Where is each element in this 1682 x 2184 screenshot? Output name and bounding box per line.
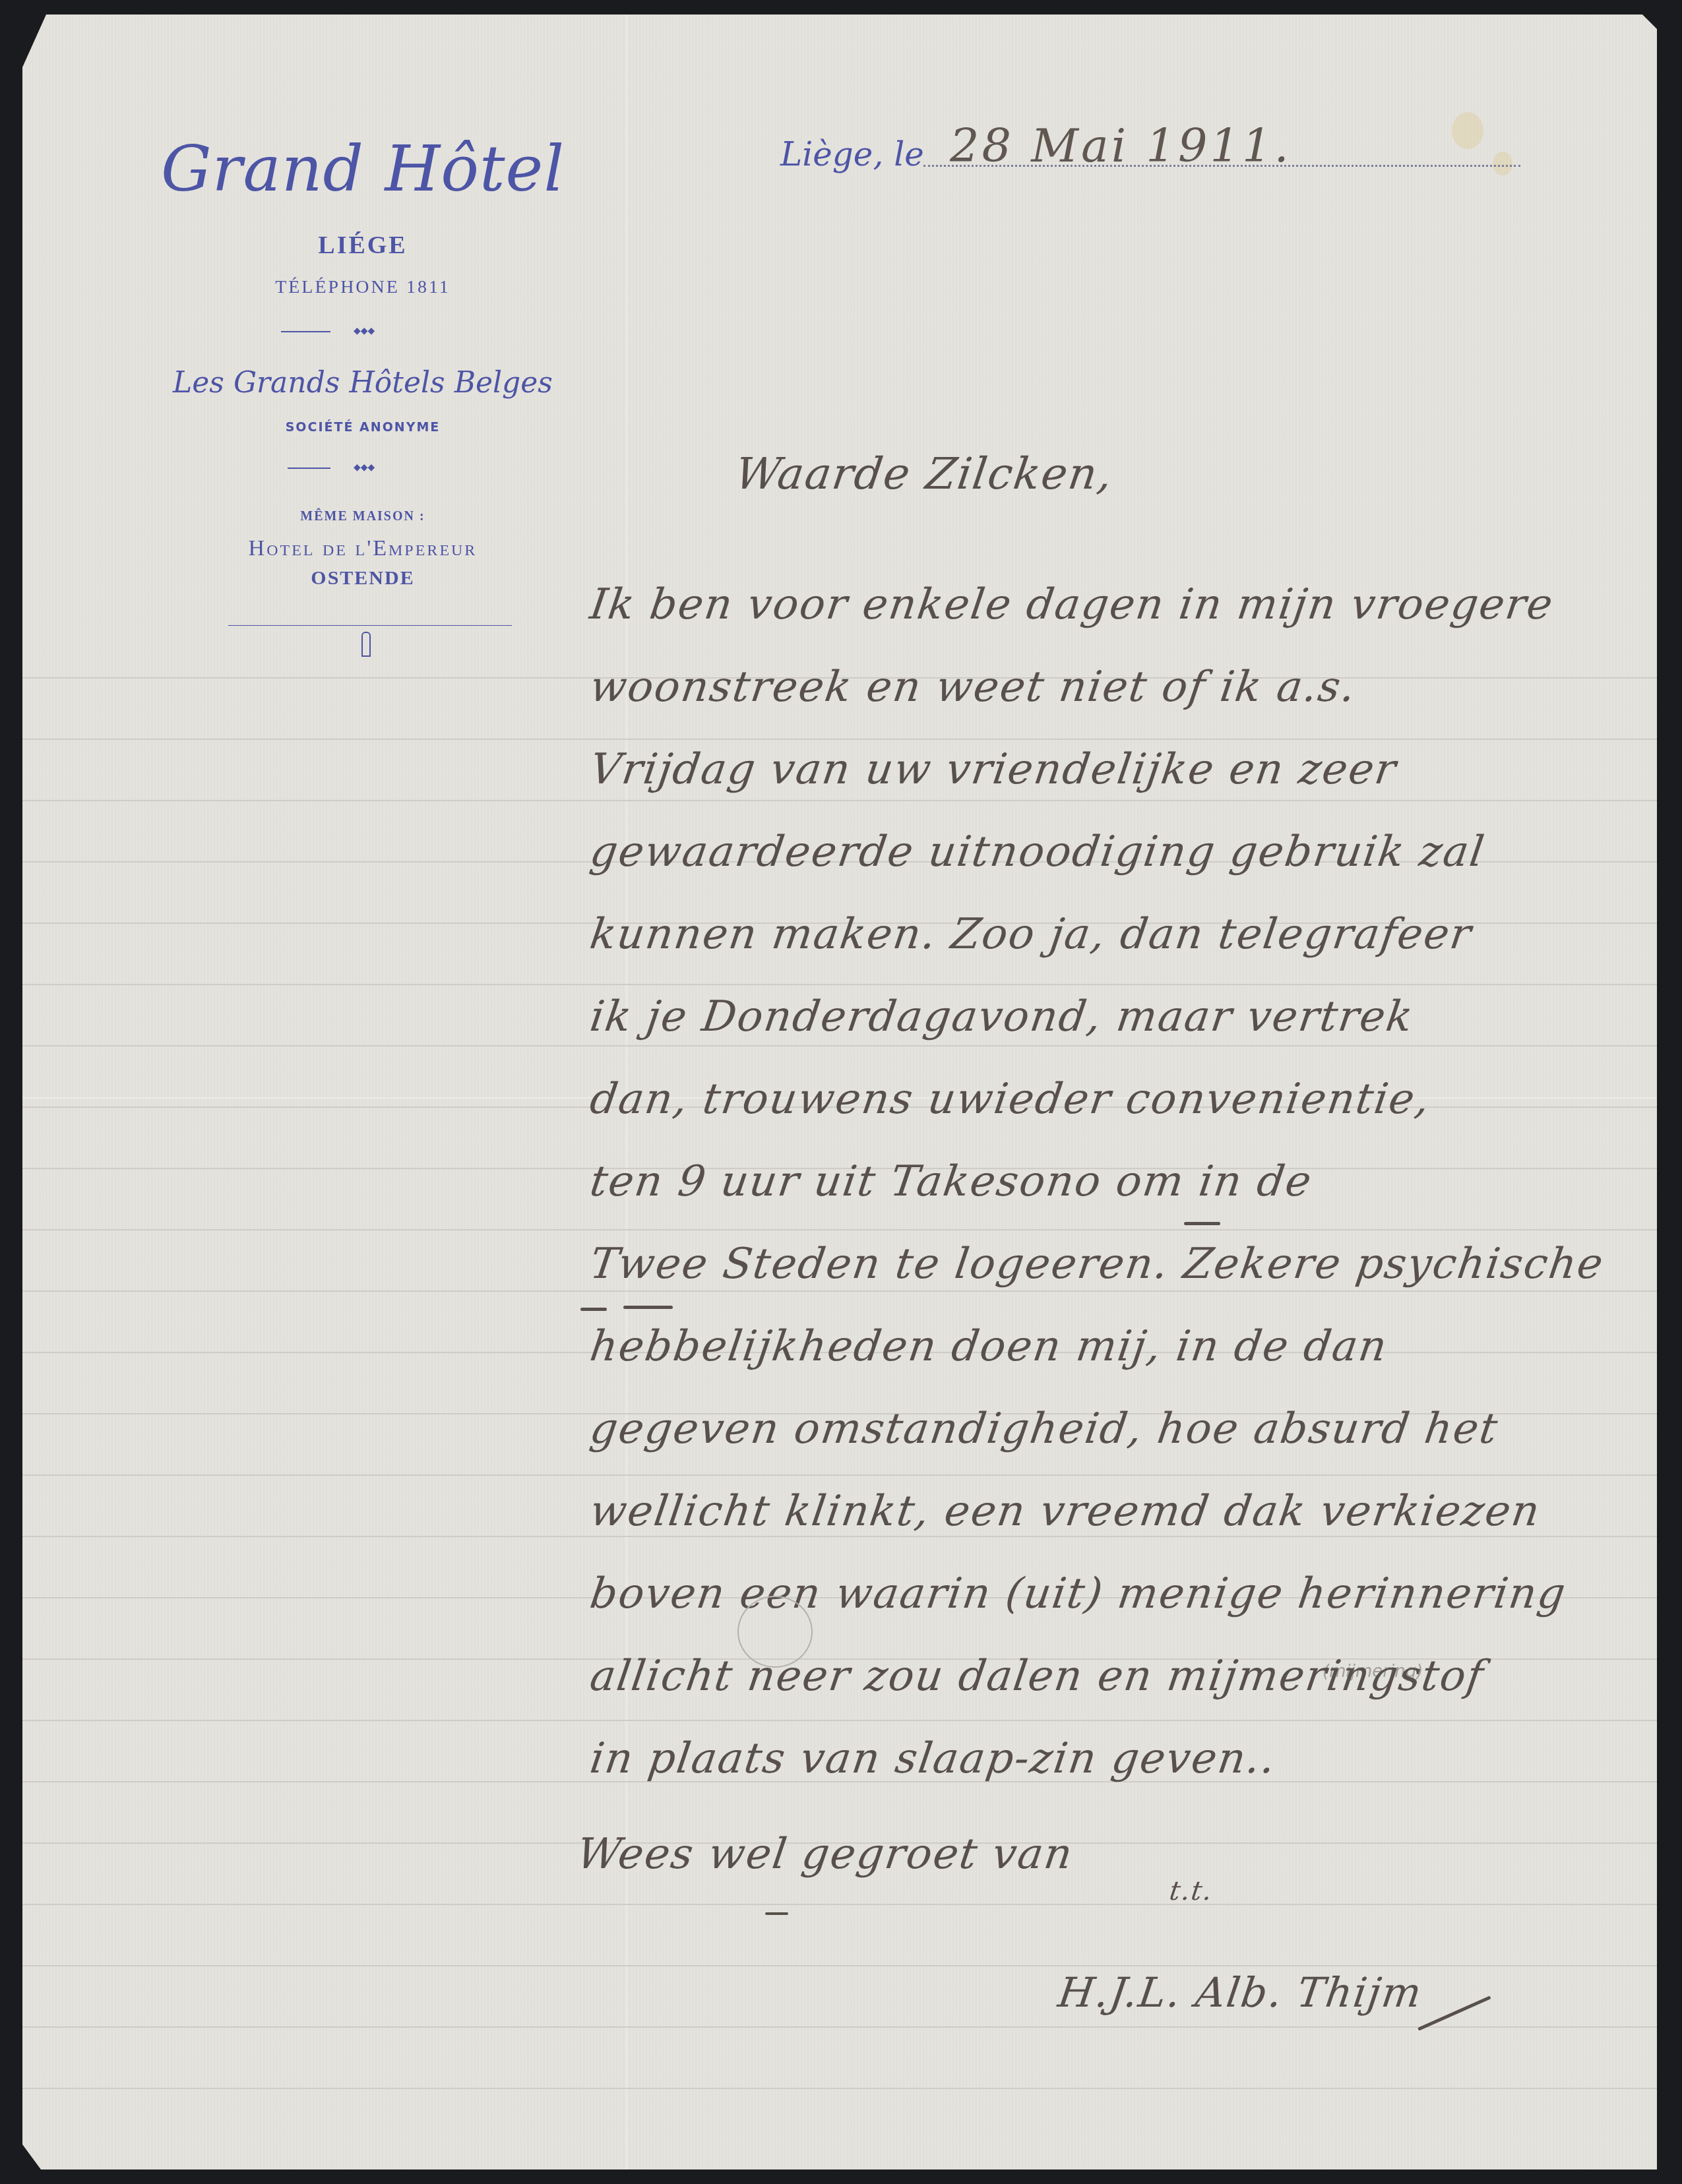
rule-line (22, 1474, 1657, 1476)
date-printed-prefix: Liège, le (780, 135, 924, 173)
rule-line (22, 1229, 1657, 1230)
underline-steden (623, 1306, 673, 1309)
paper-stain (1493, 152, 1512, 175)
rule-line (22, 1965, 1657, 1966)
letter-line: dan, trouwens uwieder convenientie, (587, 1075, 1433, 1124)
letterhead-city: LIÉGE (125, 231, 600, 260)
letterhead-company-type: SOCIÉTÉ ANONYME (125, 420, 600, 435)
letter-line: boven een waarin (uit) menige herinnerin… (587, 1569, 1569, 1618)
letter-line: Twee Steden te logeeren. Zekere psychisc… (587, 1240, 1607, 1289)
rule-line (22, 1536, 1657, 1537)
letterhead-sister-city: OSTENDE (125, 567, 600, 590)
underline-twee (580, 1308, 607, 1311)
underline-de (1184, 1222, 1220, 1225)
letter-line: ik je Donderdagavond, maar vertrek (587, 992, 1417, 1041)
letter-line: Ik ben voor enkele dagen in mijn vroeger… (587, 580, 1557, 629)
rule-line (22, 1904, 1657, 1905)
paper-stain (1452, 112, 1483, 149)
rule-line (22, 984, 1657, 985)
letter-line: woonstreek en weet niet of ik a.s. (587, 663, 1359, 712)
ornament-rule (281, 331, 330, 332)
rule-line (22, 1290, 1657, 1292)
rule-line (22, 1045, 1657, 1046)
letter-line: Vrijdag van uw vriendelijke en zeer (587, 745, 1400, 794)
letter-line: wellicht klinkt, een vreemd dak verkieze… (587, 1487, 1543, 1536)
salutation: Waarde Zilcken, (732, 448, 1117, 499)
rule-line (22, 739, 1657, 740)
ornament-rule (288, 468, 330, 469)
letter-line: allicht neer zou dalen en mijmeringstof (587, 1652, 1487, 1701)
letterhead-sister-hotel: Hotel de l'Empereur (125, 536, 600, 561)
letter-line: in plaats van slaap-zin geven.. (587, 1734, 1280, 1783)
letterhead-sister-label: MÊME MAISON : (125, 509, 600, 524)
letter-line: gegeven omstandigheid, hoe absurd het (587, 1405, 1501, 1453)
closing-overline (765, 1912, 788, 1915)
ornament-diamond-icon: ◆◆◆ (354, 464, 372, 471)
letter-line: ten 9 uur uit Takesono om in de (587, 1157, 1315, 1206)
letterhead-title: Grand Hôtel (125, 132, 600, 206)
letter-line: kunnen maken. Zoo ja, dan telegrafeer (587, 910, 1476, 959)
signature: H.J.L. Alb. Thijm (1055, 1968, 1425, 2017)
date-handwritten: 28 Mai 1911. (950, 119, 1292, 173)
letter-line: hebbelijkheden doen mij, in de dan (587, 1322, 1391, 1371)
closing: Wees wel gegroet van (574, 1830, 1076, 1879)
rule-line (22, 1720, 1657, 1721)
candle-ornament-icon (361, 632, 371, 657)
letterhead-telephone: TÉLÉPHONE 1811 (125, 277, 600, 298)
rule-line (22, 800, 1657, 801)
rule-line (22, 2088, 1657, 2089)
letter-line: gewaardeerde uitnoodiging gebruik zal (587, 828, 1488, 876)
ornament-diamond-icon: ◆◆◆ (354, 328, 372, 334)
rule-line (22, 2026, 1657, 2028)
closing-superscript: t.t. (1168, 1876, 1215, 1906)
letterhead-company: Les Grands Hôtels Belges (125, 366, 600, 400)
ornament-rule (228, 625, 512, 626)
